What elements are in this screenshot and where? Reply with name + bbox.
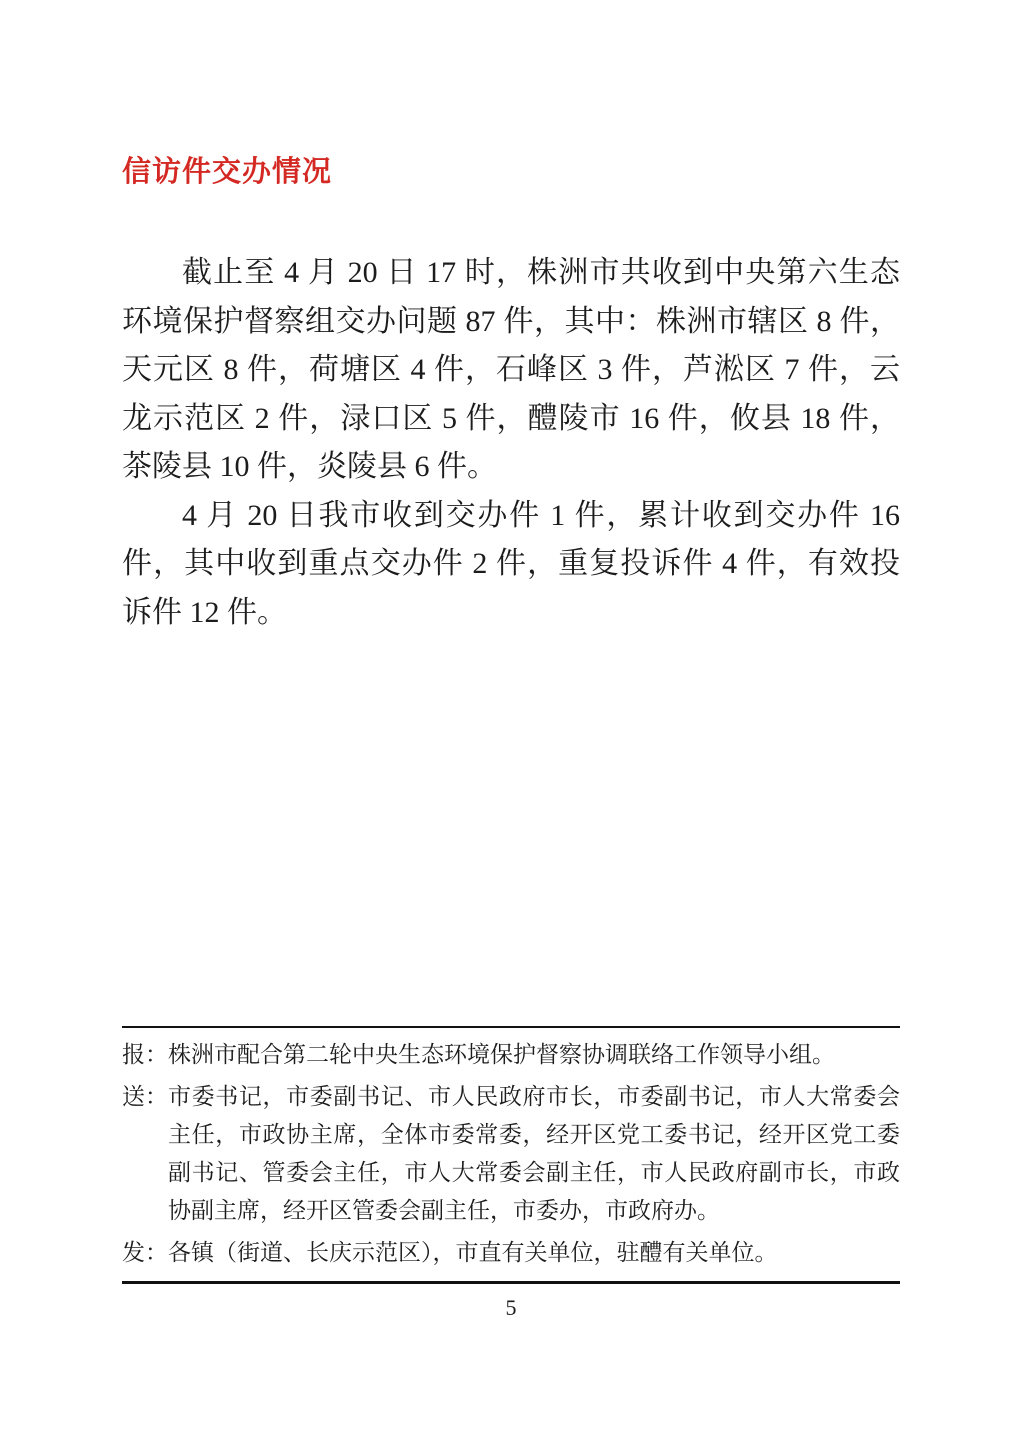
body-paragraph: 截止至 4 月 20 日 17 时，株洲市共收到中央第六生态环境保护督察组交办问…: [122, 249, 900, 492]
distribution-rows: 报： 株洲市配合第二轮中央生态环境保护督察协调联络工作领导小组。 送： 市委书记…: [122, 1036, 900, 1272]
distribution-text: 株洲市配合第二轮中央生态环境保护督察协调联络工作领导小组。: [168, 1036, 900, 1074]
distribution-row-issue: 发： 各镇（街道、长庆示范区），市直有关单位，驻醴有关单位。: [122, 1234, 900, 1272]
distribution-footer: 报： 株洲市配合第二轮中央生态环境保护督察协调联络工作领导小组。 送： 市委书记…: [122, 1026, 900, 1323]
footer-bottom-rule: [122, 1281, 900, 1284]
distribution-text: 市委书记，市委副书记、市人民政府市长，市委副书记，市人大常委会主任，市政协主席，…: [168, 1078, 900, 1230]
section-heading: 信访件交办情况: [122, 152, 332, 192]
document-page: 信访件交办情况 截止至 4 月 20 日 17 时，株洲市共收到中央第六生态环境…: [0, 0, 1024, 1448]
distribution-row-send: 送： 市委书记，市委副书记、市人民政府市长，市委副书记，市人大常委会主任，市政协…: [122, 1078, 900, 1230]
footer-top-rule: [122, 1026, 900, 1028]
distribution-label: 发：: [122, 1234, 168, 1272]
distribution-label: 送：: [122, 1078, 168, 1230]
distribution-label: 报：: [122, 1036, 168, 1074]
distribution-text: 各镇（街道、长庆示范区），市直有关单位，驻醴有关单位。: [168, 1234, 900, 1272]
distribution-row-report: 报： 株洲市配合第二轮中央生态环境保护督察协调联络工作领导小组。: [122, 1036, 900, 1074]
document-body: 截止至 4 月 20 日 17 时，株洲市共收到中央第六生态环境保护督察组交办问…: [122, 249, 900, 637]
page-number: 5: [122, 1293, 900, 1323]
body-paragraph: 4 月 20 日我市收到交办件 1 件，累计收到交办件 16 件，其中收到重点交…: [122, 492, 900, 638]
